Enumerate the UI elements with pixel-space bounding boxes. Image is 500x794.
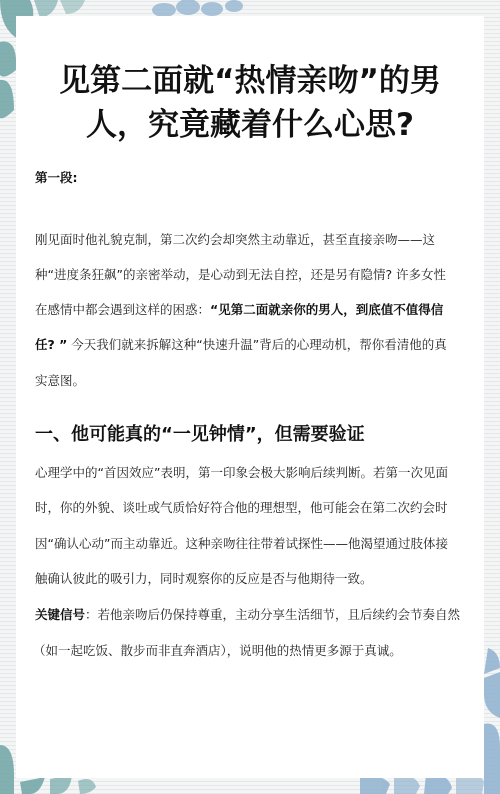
intro-quote-bold-end: 任? ” (35, 337, 67, 352)
intro-line-3-plain: 在感情中都会遇到这样的困惑： (35, 302, 210, 317)
key-signal-line-2: （如一起吃饭、散步而非直奔酒店），说明他的热情更多源于真诚。 (33, 641, 402, 659)
key-signal-label: 关键信号 (35, 607, 85, 622)
intro-line-2: 种“进度条狂飙”的亲密举动，是心动到无法自控，还是另有隐情? 许多女性 (35, 265, 446, 283)
intro-line-3: 在感情中都会遇到这样的困惑：“见第二面就亲你的男人，到底值不值得信 (35, 300, 443, 318)
article-card: 见第二面就“热情亲吻”的男 人，究竟藏着什么心思? 第一段: 刚见面时他礼貌克制… (16, 16, 484, 778)
section-1-line-3: 因“确认心动”而主动靠近。这种亲吻往往带着试探性——他渴望通过肢体接 (35, 534, 448, 552)
section-1-line-2: 时，你的外貌、谈吐或气质恰好符合他的理想型，他可能会在第二次约会时 (35, 498, 448, 516)
article-title: 见第二面就“热情亲吻”的男 人，究竟藏着什么心思? (16, 59, 484, 147)
intro-quote-bold: “见第二面就亲你的男人，到底值不值得信 (210, 302, 443, 317)
key-signal-text: ：若他亲吻后仍保持尊重，主动分享生活细节，且后续约会节奏自然 (85, 607, 460, 622)
intro-line-5: 实意图。 (35, 371, 85, 389)
title-line-1: 见第二面就“热情亲吻”的男 (16, 59, 484, 103)
intro-line-4-plain: 今天我们就来拆解这种“快速升温”背后的心理动机，帮你看清他的真 (67, 337, 446, 352)
section-1-line-1: 心理学中的“首因效应”表明，第一印象会极大影响后续判断。若第一次见面 (35, 463, 448, 481)
decorative-leaf-top-center (150, 0, 245, 16)
section-1-heading: 一、他可能真的“一见钟情”，但需要验证 (35, 420, 365, 446)
title-line-2: 人，究竟藏着什么心思? (16, 103, 484, 147)
section-label: 第一段: (35, 168, 78, 186)
intro-line-1: 刚见面时他礼貌克制，第二次约会却突然主动靠近，甚至直接亲吻——这 (35, 230, 435, 248)
key-signal-line-1: 关键信号：若他亲吻后仍保持尊重，主动分享生活细节，且后续约会节奏自然 (35, 605, 460, 623)
intro-line-4: 任? ” 今天我们就来拆解这种“快速升温”背后的心理动机，帮你看清他的真 (35, 335, 447, 353)
section-1-line-4: 触确认彼此的吸引力，同时观察你的反应是否与他期待一致。 (35, 569, 373, 587)
